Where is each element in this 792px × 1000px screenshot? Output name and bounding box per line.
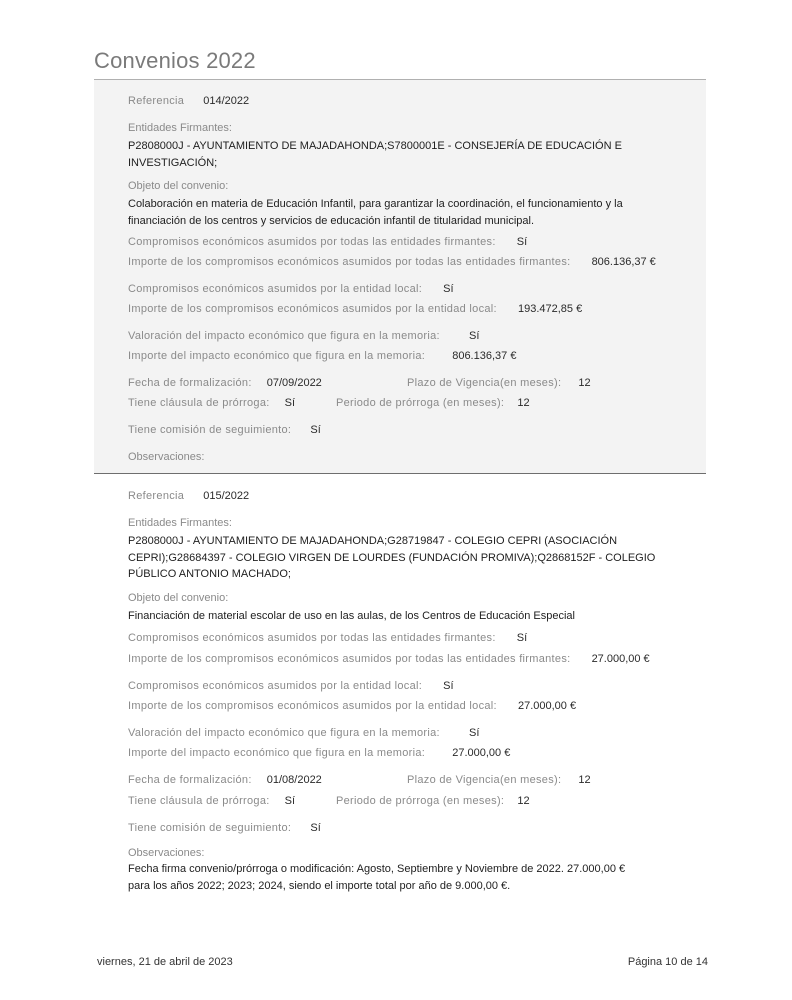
comp-local-value: Sí — [443, 283, 453, 295]
periodo-label: Periodo de prórroga (en meses): — [336, 795, 504, 807]
plazo-label: Plazo de Vigencia(en meses): — [407, 774, 561, 786]
comp-todas-label: Compromisos económicos asumidos por toda… — [128, 236, 496, 248]
imp-local-value: 27.000,00 € — [518, 700, 576, 712]
footer-page-number: Página 10 de 14 — [628, 956, 708, 968]
imp-todas-label: Importe de los compromisos económicos as… — [128, 256, 571, 268]
fecha-value: 07/09/2022 — [267, 377, 322, 389]
observaciones-label: Observaciones: — [128, 847, 204, 859]
comp-todas-label: Compromisos económicos asumidos por toda… — [128, 632, 496, 644]
entidades-value: P2808000J - AYUNTAMIENTO DE MAJADAHONDA;… — [128, 138, 673, 171]
entidades-value: P2808000J - AYUNTAMIENTO DE MAJADAHONDA;… — [128, 533, 673, 583]
periodo-value: 12 — [517, 397, 529, 409]
footer-date: viernes, 21 de abril de 2023 — [97, 956, 233, 968]
fecha-label: Fecha de formalización: — [128, 774, 252, 786]
imp-memoria-label: Importe del impacto económico que figura… — [128, 747, 425, 759]
comp-todas-value: Sí — [517, 632, 527, 644]
entidades-label: Entidades Firmantes: — [128, 122, 232, 134]
referencia-value: 014/2022 — [203, 95, 249, 107]
imp-todas-value: 27.000,00 € — [592, 653, 650, 665]
valoracion-label: Valoración del impacto económico que fig… — [128, 330, 440, 342]
periodo-value: 12 — [517, 795, 529, 807]
referencia-label: Referencia — [128, 490, 184, 502]
referencia-value: 015/2022 — [203, 490, 249, 502]
plazo-value: 12 — [578, 774, 590, 786]
objeto-value: Financiación de material escolar de uso … — [128, 608, 673, 625]
clausula-value: Sí — [285, 397, 295, 409]
comp-local-value: Sí — [443, 680, 453, 692]
imp-memoria-value: 27.000,00 € — [452, 747, 510, 759]
comision-label: Tiene comisión de seguimiento: — [128, 424, 291, 436]
imp-local-label: Importe de los compromisos económicos as… — [128, 700, 497, 712]
page-title: Convenios 2022 — [94, 48, 256, 74]
imp-todas-label: Importe de los compromisos económicos as… — [128, 653, 571, 665]
valoracion-label: Valoración del impacto económico que fig… — [128, 727, 440, 739]
plazo-value: 12 — [578, 377, 590, 389]
objeto-label: Objeto del convenio: — [128, 180, 228, 192]
objeto-label: Objeto del convenio: — [128, 592, 228, 604]
fecha-value: 01/08/2022 — [267, 774, 322, 786]
entidades-label: Entidades Firmantes: — [128, 517, 232, 529]
observaciones-value: Fecha firma convenio/prórroga o modifica… — [128, 861, 628, 894]
imp-memoria-value: 806.136,37 € — [452, 350, 516, 362]
valoracion-value: Sí — [469, 727, 479, 739]
plazo-label: Plazo de Vigencia(en meses): — [407, 377, 561, 389]
periodo-label: Periodo de prórroga (en meses): — [336, 397, 504, 409]
comp-local-label: Compromisos económicos asumidos por la e… — [128, 680, 422, 692]
valoracion-value: Sí — [469, 330, 479, 342]
imp-local-value: 193.472,85 € — [518, 303, 582, 315]
referencia-label: Referencia — [128, 95, 184, 107]
observaciones-label: Observaciones: — [128, 451, 204, 463]
objeto-value: Colaboración en materia de Educación Inf… — [128, 196, 673, 229]
clausula-label: Tiene cláusula de prórroga: — [128, 397, 270, 409]
convenio-record: Referencia 015/2022 Entidades Firmantes:… — [94, 475, 706, 905]
imp-todas-value: 806.136,37 € — [592, 256, 656, 268]
clausula-value: Sí — [285, 795, 295, 807]
comp-todas-value: Sí — [517, 236, 527, 248]
fecha-label: Fecha de formalización: — [128, 377, 252, 389]
imp-memoria-label: Importe del impacto económico que figura… — [128, 350, 425, 362]
comp-local-label: Compromisos económicos asumidos por la e… — [128, 283, 422, 295]
imp-local-label: Importe de los compromisos económicos as… — [128, 303, 497, 315]
comision-label: Tiene comisión de seguimiento: — [128, 822, 291, 834]
comision-value: Sí — [310, 424, 320, 436]
clausula-label: Tiene cláusula de prórroga: — [128, 795, 270, 807]
convenio-record: Referencia 014/2022 Entidades Firmantes:… — [94, 80, 706, 474]
comision-value: Sí — [310, 822, 320, 834]
